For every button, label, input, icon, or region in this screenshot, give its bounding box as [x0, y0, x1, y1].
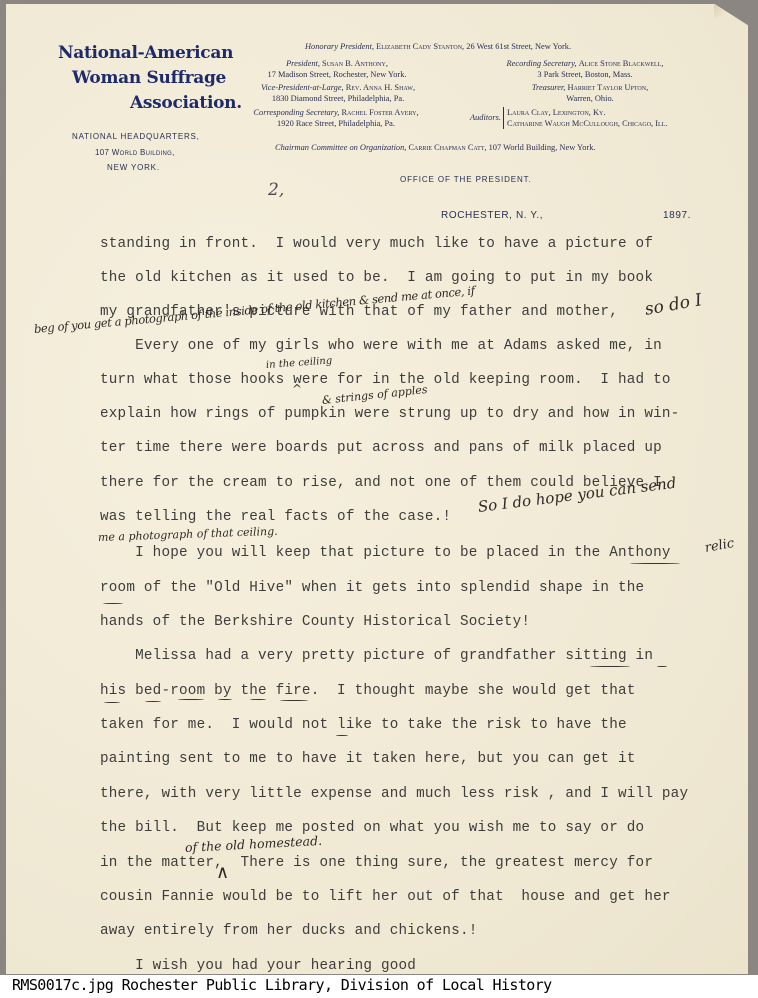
president: President, Susan B. Anthony, 17 Madison … [252, 58, 422, 80]
officer-address: Warren, Ohio. [566, 94, 613, 103]
body-line: taken for me. I would not like to take t… [100, 717, 627, 733]
underline-the [250, 699, 266, 700]
officer-title: Vice-President-at-Large, [261, 83, 344, 92]
org-name-line-3: Association. [130, 93, 242, 113]
auditors-list: Laura Clay, Lexington, Ky. Catharine Wau… [503, 107, 667, 129]
body-line: Melissa had a very pretty picture of gra… [100, 648, 653, 664]
body-line: I hope you will keep that picture to be … [100, 545, 671, 561]
org-name-line-1: National-American [58, 43, 233, 63]
underline-fire [280, 700, 308, 701]
recording-secretary: Recording Secretary, Alice Stone Blackwe… [480, 58, 690, 80]
body-line: in the matter, There is one thing sure, … [100, 855, 653, 871]
corresponding-secretary: Corresponding Secretary, Rachel Foster A… [236, 107, 436, 129]
page-number: 2, [268, 180, 284, 200]
body-line: room of the "Old Hive" when it gets into… [100, 580, 644, 596]
officer-address: 107 World Building, New York. [489, 143, 596, 152]
city-line: ROCHESTER, N. Y., [441, 210, 543, 221]
officer-name: Alice Stone Blackwell, [579, 59, 664, 68]
officer-address: 1920 Race Street, Philadelphia, Pa. [277, 119, 395, 128]
underline-room2 [178, 699, 204, 700]
hq-city: NEW YORK. [107, 163, 160, 172]
officer-title: Recording Secretary, [507, 59, 577, 68]
officer-title: Corresponding Secretary, [253, 108, 339, 117]
image-caption: RMS0017c.jpg Rochester Public Library, D… [12, 976, 552, 994]
vice-president: Vice-President-at-Large, Rev. Anna H. Sh… [238, 82, 438, 104]
officer-address: 17 Madison Street, Rochester, New York. [268, 70, 407, 79]
officer-title: Honorary President, [305, 42, 374, 51]
body-line: standing in front. I would very much lik… [100, 236, 653, 252]
office-of-president: OFFICE OF THE PRESIDENT. [400, 175, 532, 184]
year: 1897. [663, 210, 691, 221]
officer-title: Treasurer, [532, 83, 566, 92]
body-line: there, with very little expense and much… [100, 786, 688, 802]
caret-insert-mark: ^ [292, 382, 302, 396]
officer-title: Auditors. [470, 113, 501, 122]
underline-bed [145, 701, 161, 702]
hq-label: NATIONAL HEADQUARTERS, [72, 132, 200, 141]
chairman: Chairman Committee on Organization, Carr… [275, 142, 596, 153]
officer-address: 1830 Diamond Street, Philadelphia, Pa. [272, 94, 404, 103]
body-line: Every one of my girls who were with me a… [100, 338, 662, 354]
auditors: Auditors. Laura Clay, Lexington, Ky. Cat… [470, 107, 667, 129]
officer-name: Elizabeth Cady Stanton, [376, 42, 464, 51]
officer-title: President, [286, 59, 320, 68]
honorary-president: Honorary President, Elizabeth Cady Stant… [305, 41, 571, 52]
underline-anthony [630, 563, 680, 564]
auditor-1: Laura Clay, Lexington, Ky. [507, 108, 605, 117]
officer-name: Rachel Foster Avery, [341, 108, 418, 117]
body-line: I wish you had your hearing good [100, 958, 416, 974]
underline-his [104, 702, 120, 703]
body-line: was telling the real facts of the case.! [100, 509, 451, 525]
underline-sitting [590, 666, 630, 667]
officer-name: Carrie Chapman Catt, [408, 143, 486, 152]
body-line: painting sent to me to have it taken her… [100, 751, 636, 767]
body-line: the old kitchen as it used to be. I am g… [100, 270, 653, 286]
officer-address: 26 West 61st Street, New York. [466, 42, 571, 51]
body-line: away entirely from her ducks and chicken… [100, 923, 478, 939]
underline-by [218, 699, 232, 700]
body-line: turn what those hooks were for in the ol… [100, 372, 671, 388]
officer-name: Harriet Taylor Upton, [568, 83, 649, 92]
body-line: explain how rings of pumpkin were strung… [100, 406, 679, 422]
body-line: ter time there were boards put across an… [100, 440, 662, 456]
treasurer: Treasurer, Harriet Taylor Upton, Warren,… [500, 82, 680, 104]
auditor-2: Catharine Waugh McCullough, Chicago, Ill… [507, 119, 667, 128]
body-line: the bill. But keep me posted on what you… [100, 820, 644, 836]
caret-insert-mark: ∧ [216, 862, 229, 883]
officer-name: Rev. Anna H. Shaw, [346, 83, 415, 92]
hq-address: 107 World Building, [95, 148, 175, 157]
org-name-line-2: Woman Suffrage [72, 68, 226, 88]
body-line: cousin Fannie would be to lift her out o… [100, 889, 671, 905]
officer-address: 3 Park Street, Boston, Mass. [537, 70, 632, 79]
hq-address-text: 107 World Building, [95, 148, 175, 157]
body-line: hands of the Berkshire County Historical… [100, 614, 530, 630]
underline-room [103, 603, 123, 604]
officer-title: Chairman Committee on Organization, [275, 143, 406, 152]
underline-in [657, 666, 667, 667]
officer-name: Susan B. Anthony, [322, 59, 388, 68]
underline-not [336, 735, 348, 736]
body-line: his bed-room by the fire. I thought mayb… [100, 683, 636, 699]
